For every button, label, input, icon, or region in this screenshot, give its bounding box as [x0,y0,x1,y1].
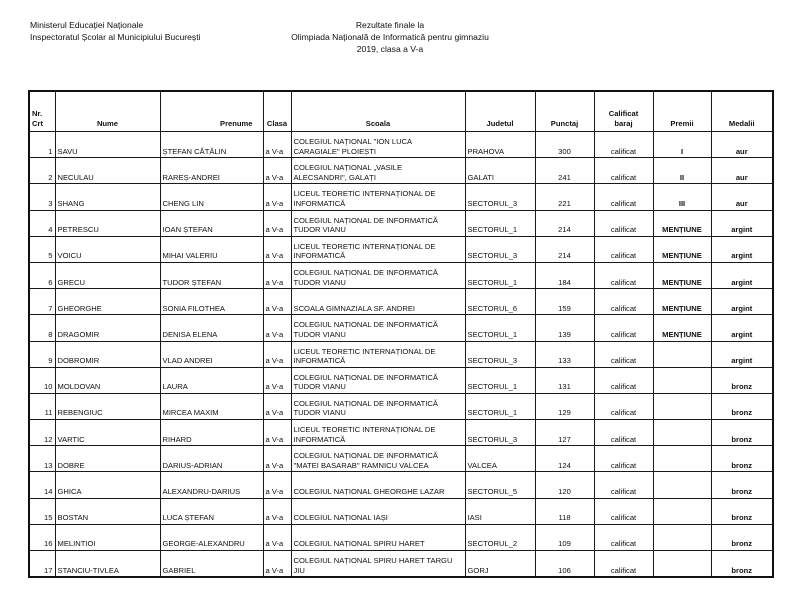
cell-medalii: bronz [711,524,773,550]
cell-nume: MELINTIOI [55,524,160,550]
cell-calificat: calificat [594,341,653,367]
cell-prenume: GEORGE-ALEXANDRU [160,524,263,550]
cell-nume: MOLDOVAN [55,367,160,393]
cell-prenume: CHENG LIN [160,184,263,210]
cell-prenume: DARIUS-ADRIAN [160,446,263,472]
cell-scoala: COLEGIUL NAȚIONAL DE INFORMATICĂ TUDOR V… [291,367,465,393]
cell-judetul: SECTORUL_3 [465,420,535,446]
cell-judetul: GORJ [465,551,535,578]
cell-calificat: calificat [594,551,653,578]
cell-prenume: MIHAI VALERIU [160,236,263,262]
cell-prenume: ȘTEFAN CĂTĂLIN [160,132,263,158]
cell-scoala: COLEGIUL NAȚIONAL IAȘI [291,498,465,524]
cell-medalii: bronz [711,472,773,498]
col-header-nr: Nr.Crt [29,91,55,132]
cell-nume: NECULAU [55,158,160,184]
table-row: 7 GHEORGHE SONIA FILOTHEA a V-a SCOALA G… [29,289,773,315]
school-line-2: ALECSANDRI", GALAȚI [294,173,463,183]
cell-premii: MENȚIUNE [653,262,711,288]
cell-clasa: a V-a [263,184,291,210]
ministry-name: Ministerul Educației Naționale [30,19,201,31]
cell-nr: 11 [29,393,55,419]
inspectorate-name: Inspectoratul Școlar al Municipiului Buc… [30,31,201,43]
cell-premii [653,341,711,367]
cell-calificat: calificat [594,132,653,158]
cell-scoala: COLEGIUL NAȚIONAL SPIRU HARET [291,524,465,550]
cell-scoala: COLEGIUL NAȚIONAL DE INFORMATICĂ TUDOR V… [291,262,465,288]
school-line-2: TUDOR VIANU [294,225,463,235]
cell-prenume: LUCA ȘTEFAN [160,498,263,524]
issuer-header: Ministerul Educației Naționale Inspector… [30,19,201,43]
cell-nume: DOBROMIR [55,341,160,367]
cell-medalii: argint [711,236,773,262]
cell-premii [653,524,711,550]
cell-punctaj: 221 [535,184,594,210]
school-line-1: LICEUL TEORETIC INTERNAȚIONAL DE [294,189,463,199]
cell-premii [653,551,711,578]
cell-scoala: LICEUL TEORETIC INTERNAȚIONAL DE INFORMA… [291,236,465,262]
cell-nume: DRAGOMIR [55,315,160,341]
cell-premii [653,420,711,446]
cell-judetul: SECTORUL_6 [465,289,535,315]
cell-scoala: SCOALA GIMNAZIALA SF. ANDREI [291,289,465,315]
cell-calificat: calificat [594,158,653,184]
cell-nr: 13 [29,446,55,472]
table-row: 2 NECULAU RAREȘ-ANDREI a V-a COLEGIUL NA… [29,158,773,184]
col-header-clasa: Clasa [263,91,291,132]
school-line-2: JIU [294,566,463,576]
cell-clasa: a V-a [263,132,291,158]
cell-premii [653,393,711,419]
cell-nr: 10 [29,367,55,393]
cell-judetul: SECTORUL_1 [465,315,535,341]
cell-judetul: PRAHOVA [465,132,535,158]
cell-judetul: SECTORUL_1 [465,393,535,419]
table-row: 14 GHICA ALEXANDRU-DARIUS a V-a COLEGIUL… [29,472,773,498]
cell-prenume: VLAD ANDREI [160,341,263,367]
cell-premii: I [653,132,711,158]
cell-punctaj: 106 [535,551,594,578]
school-line-2: INFORMATICĂ [294,356,463,366]
cell-nr: 17 [29,551,55,578]
cell-medalii: bronz [711,498,773,524]
table-row: 4 PETRESCU IOAN ȘTEFAN a V-a COLEGIUL NA… [29,210,773,236]
cell-prenume: SONIA FILOTHEA [160,289,263,315]
cell-medalii: bronz [711,420,773,446]
school-line-2: COLEGIUL NAȚIONAL GHEORGHE LAZAR [294,487,463,497]
cell-calificat: calificat [594,446,653,472]
cell-judetul: GALATI [465,158,535,184]
cell-punctaj: 133 [535,341,594,367]
cell-punctaj: 127 [535,420,594,446]
table-row: 9 DOBROMIR VLAD ANDREI a V-a LICEUL TEOR… [29,341,773,367]
title-line-3: 2019, clasa a V-a [250,43,530,55]
table-row: 12 VARTIC RIHARD a V-a LICEUL TEORETIC I… [29,420,773,446]
school-line-2: INFORMATICĂ [294,251,463,261]
cell-punctaj: 184 [535,262,594,288]
cell-clasa: a V-a [263,236,291,262]
school-line-1: COLEGIUL NAȚIONAL DE INFORMATICĂ [294,399,463,409]
cell-premii: III [653,184,711,210]
cell-calificat: calificat [594,236,653,262]
cell-medalii: bronz [711,551,773,578]
cell-clasa: a V-a [263,393,291,419]
cell-clasa: a V-a [263,367,291,393]
cell-scoala: COLEGIUL NAȚIONAL GHEORGHE LAZAR [291,472,465,498]
cell-scoala: COLEGIUL NAȚIONAL DE INFORMATICĂ TUDOR V… [291,315,465,341]
cell-premii: MENȚIUNE [653,289,711,315]
cell-calificat: calificat [594,262,653,288]
cell-punctaj: 118 [535,498,594,524]
cell-nume: BOSTAN [55,498,160,524]
cell-punctaj: 214 [535,236,594,262]
cell-medalii: aur [711,184,773,210]
cell-medalii: argint [711,210,773,236]
cell-prenume: GABRIEL [160,551,263,578]
cell-premii: MENȚIUNE [653,210,711,236]
cell-clasa: a V-a [263,472,291,498]
cell-clasa: a V-a [263,498,291,524]
cell-medalii: aur [711,132,773,158]
school-line-2: COLEGIUL NAȚIONAL SPIRU HARET [294,539,463,549]
cell-calificat: calificat [594,367,653,393]
table-row: 1 SAVU ȘTEFAN CĂTĂLIN a V-a COLEGIUL NAȚ… [29,132,773,158]
cell-calificat: calificat [594,498,653,524]
cell-medalii: bronz [711,367,773,393]
table-row: 3 SHANG CHENG LIN a V-a LICEUL TEORETIC … [29,184,773,210]
cell-clasa: a V-a [263,420,291,446]
school-line-2: TUDOR VIANU [294,408,463,418]
col-header-prenume: Prenume [160,91,263,132]
title-line-2: Olimpiada Națională de Informatică pentr… [250,31,530,43]
cell-punctaj: 159 [535,289,594,315]
cell-nr: 9 [29,341,55,367]
cell-premii [653,498,711,524]
cell-nr: 15 [29,498,55,524]
cell-nume: SAVU [55,132,160,158]
cell-nume: REBENGIUC [55,393,160,419]
cell-judetul: SECTORUL_3 [465,236,535,262]
cell-nume: STANCIU-TIVLEA [55,551,160,578]
cell-prenume: TUDOR ȘTEFAN [160,262,263,288]
cell-calificat: calificat [594,420,653,446]
cell-prenume: RAREȘ-ANDREI [160,158,263,184]
cell-prenume: MIRCEA MAXIM [160,393,263,419]
cell-calificat: calificat [594,315,653,341]
cell-punctaj: 124 [535,446,594,472]
table-row: 13 DOBRE DARIUS-ADRIAN a V-a COLEGIUL NA… [29,446,773,472]
cell-nr: 16 [29,524,55,550]
cell-nume: SHANG [55,184,160,210]
school-line-2: INFORMATICĂ [294,435,463,445]
cell-punctaj: 131 [535,367,594,393]
school-line-2: SCOALA GIMNAZIALA SF. ANDREI [294,304,463,314]
cell-punctaj: 109 [535,524,594,550]
cell-clasa: a V-a [263,158,291,184]
cell-nr: 5 [29,236,55,262]
col-header-nume: Nume [55,91,160,132]
cell-nr: 3 [29,184,55,210]
cell-nume: VARTIC [55,420,160,446]
cell-premii: MENȚIUNE [653,236,711,262]
cell-clasa: a V-a [263,210,291,236]
cell-prenume: LAURA [160,367,263,393]
cell-scoala: COLEGIUL NAȚIONAL „VASILE ALECSANDRI", G… [291,158,465,184]
cell-judetul: SECTORUL_5 [465,472,535,498]
school-line-1: LICEUL TEORETIC INTERNAȚIONAL DE [294,242,463,252]
table-row: 16 MELINTIOI GEORGE-ALEXANDRU a V-a COLE… [29,524,773,550]
school-line-2: TUDOR VIANU [294,330,463,340]
cell-nr: 4 [29,210,55,236]
school-line-2: CARAGIALE" PLOIEȘTI [294,147,463,157]
col-header-medalii: Medalii [711,91,773,132]
cell-clasa: a V-a [263,551,291,578]
cell-punctaj: 300 [535,132,594,158]
cell-premii: MENȚIUNE [653,315,711,341]
cell-nr: 7 [29,289,55,315]
cell-scoala: COLEGIUL NAȚIONAL DE INFORMATICĂ TUDOR V… [291,393,465,419]
cell-judetul: SECTORUL_3 [465,184,535,210]
cell-nr: 1 [29,132,55,158]
cell-clasa: a V-a [263,446,291,472]
results-table: Nr.Crt Nume Prenume Clasa Scoala Judetul… [28,90,774,578]
cell-medalii: argint [711,289,773,315]
table-row: 8 DRAGOMIR DENISA ELENA a V-a COLEGIUL N… [29,315,773,341]
document-title: Rezultate finale la Olimpiada Națională … [250,19,530,55]
cell-prenume: ALEXANDRU-DARIUS [160,472,263,498]
cell-judetul: SECTORUL_1 [465,262,535,288]
cell-clasa: a V-a [263,315,291,341]
cell-nr: 8 [29,315,55,341]
school-line-2: TUDOR VIANU [294,382,463,392]
school-line-2: "MATEI BASARAB" RAMNICU VALCEA [294,461,463,471]
table-row: 17 STANCIU-TIVLEA GABRIEL a V-a COLEGIUL… [29,551,773,578]
cell-scoala: LICEUL TEORETIC INTERNAȚIONAL DE INFORMA… [291,341,465,367]
school-line-1: COLEGIUL NAȚIONAL DE INFORMATICĂ [294,373,463,383]
col-header-premii: Premii [653,91,711,132]
cell-prenume: IOAN ȘTEFAN [160,210,263,236]
col-header-calificat: Calificatbaraj [594,91,653,132]
cell-calificat: calificat [594,184,653,210]
cell-premii [653,472,711,498]
cell-prenume: RIHARD [160,420,263,446]
col-header-judetul: Judetul [465,91,535,132]
school-line-1: LICEUL TEORETIC INTERNAȚIONAL DE [294,425,463,435]
cell-premii [653,446,711,472]
school-line-2: COLEGIUL NAȚIONAL IAȘI [294,513,463,523]
cell-scoala: COLEGIUL NAȚIONAL "ION LUCA CARAGIALE" P… [291,132,465,158]
cell-clasa: a V-a [263,262,291,288]
cell-judetul: VALCEA [465,446,535,472]
cell-judetul: SECTORUL_2 [465,524,535,550]
cell-nume: GHICA [55,472,160,498]
cell-scoala: COLEGIUL NAȚIONAL DE INFORMATICĂ "MATEI … [291,446,465,472]
school-line-1: COLEGIUL NAȚIONAL DE INFORMATICĂ [294,268,463,278]
table-row: 5 VOICU MIHAI VALERIU a V-a LICEUL TEORE… [29,236,773,262]
school-line-1: COLEGIUL NAȚIONAL DE INFORMATICĂ [294,320,463,330]
cell-nume: DOBRE [55,446,160,472]
cell-punctaj: 129 [535,393,594,419]
cell-scoala: LICEUL TEORETIC INTERNAȚIONAL DE INFORMA… [291,184,465,210]
cell-nr: 2 [29,158,55,184]
school-line-1: COLEGIUL NAȚIONAL „VASILE [294,163,463,173]
cell-nume: VOICU [55,236,160,262]
col-header-scoala: Scoala [291,91,465,132]
table-header-row: Nr.Crt Nume Prenume Clasa Scoala Judetul… [29,91,773,132]
cell-clasa: a V-a [263,341,291,367]
cell-medalii: argint [711,341,773,367]
cell-clasa: a V-a [263,524,291,550]
cell-scoala: LICEUL TEORETIC INTERNAȚIONAL DE INFORMA… [291,420,465,446]
cell-clasa: a V-a [263,289,291,315]
cell-medalii: argint [711,262,773,288]
cell-judetul: SECTORUL_3 [465,341,535,367]
cell-calificat: calificat [594,289,653,315]
cell-prenume: DENISA ELENA [160,315,263,341]
cell-scoala: COLEGIUL NAȚIONAL SPIRU HARET TARGU JIU [291,551,465,578]
cell-judetul: SECTORUL_1 [465,210,535,236]
cell-nr: 12 [29,420,55,446]
cell-nr: 14 [29,472,55,498]
title-line-1: Rezultate finale la [250,19,530,31]
cell-medalii: bronz [711,446,773,472]
cell-nr: 6 [29,262,55,288]
cell-judetul: SECTORUL_1 [465,367,535,393]
cell-scoala: COLEGIUL NAȚIONAL DE INFORMATICĂ TUDOR V… [291,210,465,236]
school-line-1: LICEUL TEORETIC INTERNAȚIONAL DE [294,347,463,357]
cell-medalii: aur [711,158,773,184]
school-line-2: TUDOR VIANU [294,278,463,288]
cell-punctaj: 241 [535,158,594,184]
cell-calificat: calificat [594,210,653,236]
table-row: 15 BOSTAN LUCA ȘTEFAN a V-a COLEGIUL NAȚ… [29,498,773,524]
cell-medalii: argint [711,315,773,341]
table-row: 11 REBENGIUC MIRCEA MAXIM a V-a COLEGIUL… [29,393,773,419]
school-line-1: COLEGIUL NAȚIONAL SPIRU HARET TARGU [294,556,463,566]
cell-medalii: bronz [711,393,773,419]
cell-nume: GHEORGHE [55,289,160,315]
cell-punctaj: 139 [535,315,594,341]
cell-calificat: calificat [594,472,653,498]
cell-nume: GRECU [55,262,160,288]
cell-calificat: calificat [594,524,653,550]
school-line-1: COLEGIUL NAȚIONAL "ION LUCA [294,137,463,147]
cell-calificat: calificat [594,393,653,419]
cell-premii: II [653,158,711,184]
cell-judetul: IASI [465,498,535,524]
cell-nume: PETRESCU [55,210,160,236]
table-row: 6 GRECU TUDOR ȘTEFAN a V-a COLEGIUL NAȚI… [29,262,773,288]
cell-punctaj: 214 [535,210,594,236]
cell-punctaj: 120 [535,472,594,498]
school-line-1: COLEGIUL NAȚIONAL DE INFORMATICĂ [294,216,463,226]
school-line-2: INFORMATICĂ [294,199,463,209]
table-row: 10 MOLDOVAN LAURA a V-a COLEGIUL NAȚIONA… [29,367,773,393]
col-header-punctaj: Punctaj [535,91,594,132]
school-line-1: COLEGIUL NAȚIONAL DE INFORMATICĂ [294,451,463,461]
cell-premii [653,367,711,393]
